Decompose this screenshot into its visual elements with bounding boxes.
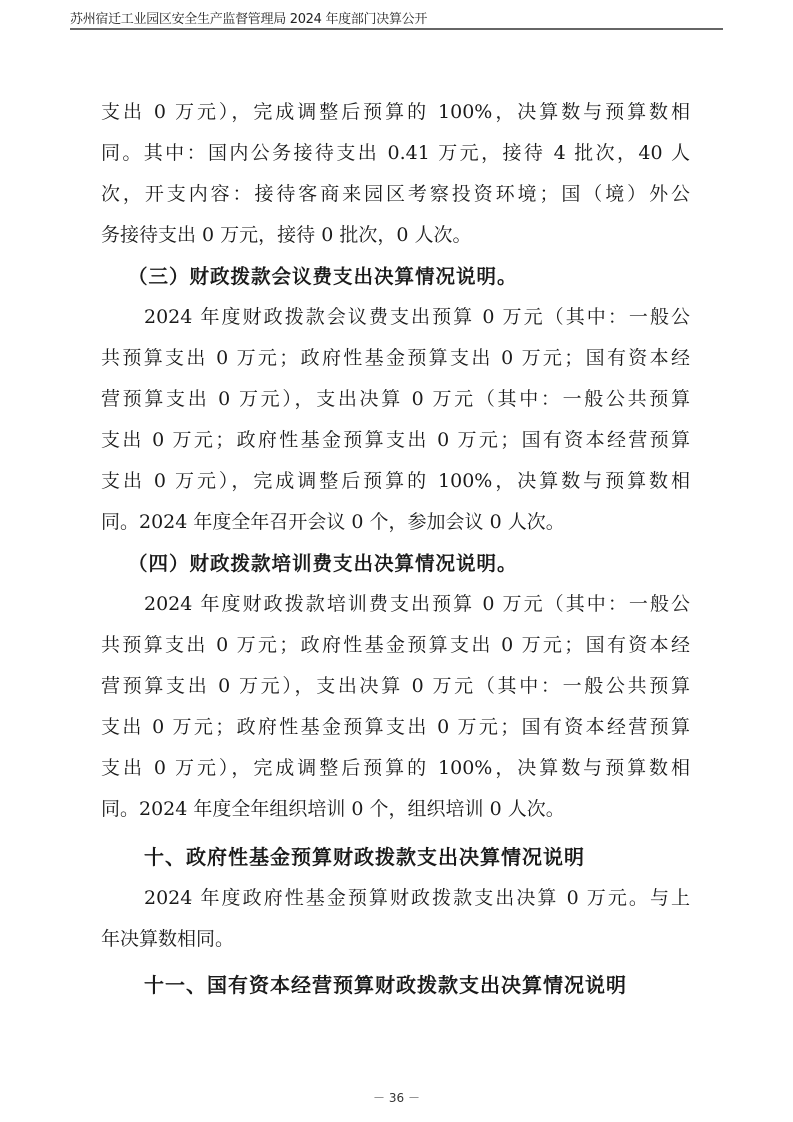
paragraph-line: 营预算支出 0 万元），支出决算 0 万元（其中：一般公共预算 — [101, 666, 690, 707]
paragraph-line: 同。2024 年度全年召开会议 0 个，参加会议 0 人次。 — [101, 502, 690, 543]
paragraph-line: 共预算支出 0 万元；政府性基金预算支出 0 万元；国有资本经 — [101, 338, 690, 379]
paragraph-line: 营预算支出 0 万元），支出决算 0 万元（其中：一般公共预算 — [101, 379, 690, 420]
paragraph-line: 2024 年度财政拨款培训费支出预算 0 万元（其中：一般公 — [144, 584, 690, 625]
paragraph-line: 支出 0 万元），完成调整后预算的 100%，决算数与预算数相 — [101, 748, 690, 789]
paragraph-line: 共预算支出 0 万元；政府性基金预算支出 0 万元；国有资本经 — [101, 625, 690, 666]
page-number: － 36 － — [0, 1089, 793, 1106]
paragraph-line: 支出 0 万元），完成调整后预算的 100%，决算数与预算数相 — [101, 92, 690, 133]
header-rule — [70, 28, 723, 30]
paragraph-line: 次，开支内容：接待客商来园区考察投资环境；国（境）外公 — [101, 174, 690, 215]
paragraph-line: 支出 0 万元），完成调整后预算的 100%，决算数与预算数相 — [101, 461, 690, 502]
paragraph-line: 2024 年度政府性基金预算财政拨款支出决算 0 万元。与上 — [144, 878, 690, 919]
paragraph-line: 2024 年度财政拨款会议费支出预算 0 万元（其中：一般公 — [144, 297, 690, 338]
section-heading-government-fund: 十、政府性基金预算财政拨款支出决算情况说明 — [144, 837, 585, 878]
page-header: 苏州宿迁工业园区安全生产监督管理局 2024 年度部门决算公开 — [70, 8, 427, 27]
paragraph-line: 支出 0 万元；政府性基金预算支出 0 万元；国有资本经营预算 — [101, 420, 690, 461]
section-heading-meeting-fees: （三）财政拨款会议费支出决算情况说明。 — [128, 256, 518, 297]
section-heading-state-capital: 十一、国有资本经营预算财政拨款支出决算情况说明 — [144, 965, 627, 1006]
paragraph-line: 务接待支出 0 万元，接待 0 批次，0 人次。 — [101, 215, 690, 256]
paragraph-line: 同。2024 年度全年组织培训 0 个，组织培训 0 人次。 — [101, 789, 690, 830]
section-heading-training-fees: （四）财政拨款培训费支出决算情况说明。 — [128, 543, 518, 584]
paragraph-line: 支出 0 万元；政府性基金预算支出 0 万元；国有资本经营预算 — [101, 707, 690, 748]
paragraph-line: 同。其中：国内公务接待支出 0.41 万元，接待 4 批次，40 人 — [101, 133, 690, 174]
paragraph-line: 年决算数相同。 — [101, 919, 690, 960]
